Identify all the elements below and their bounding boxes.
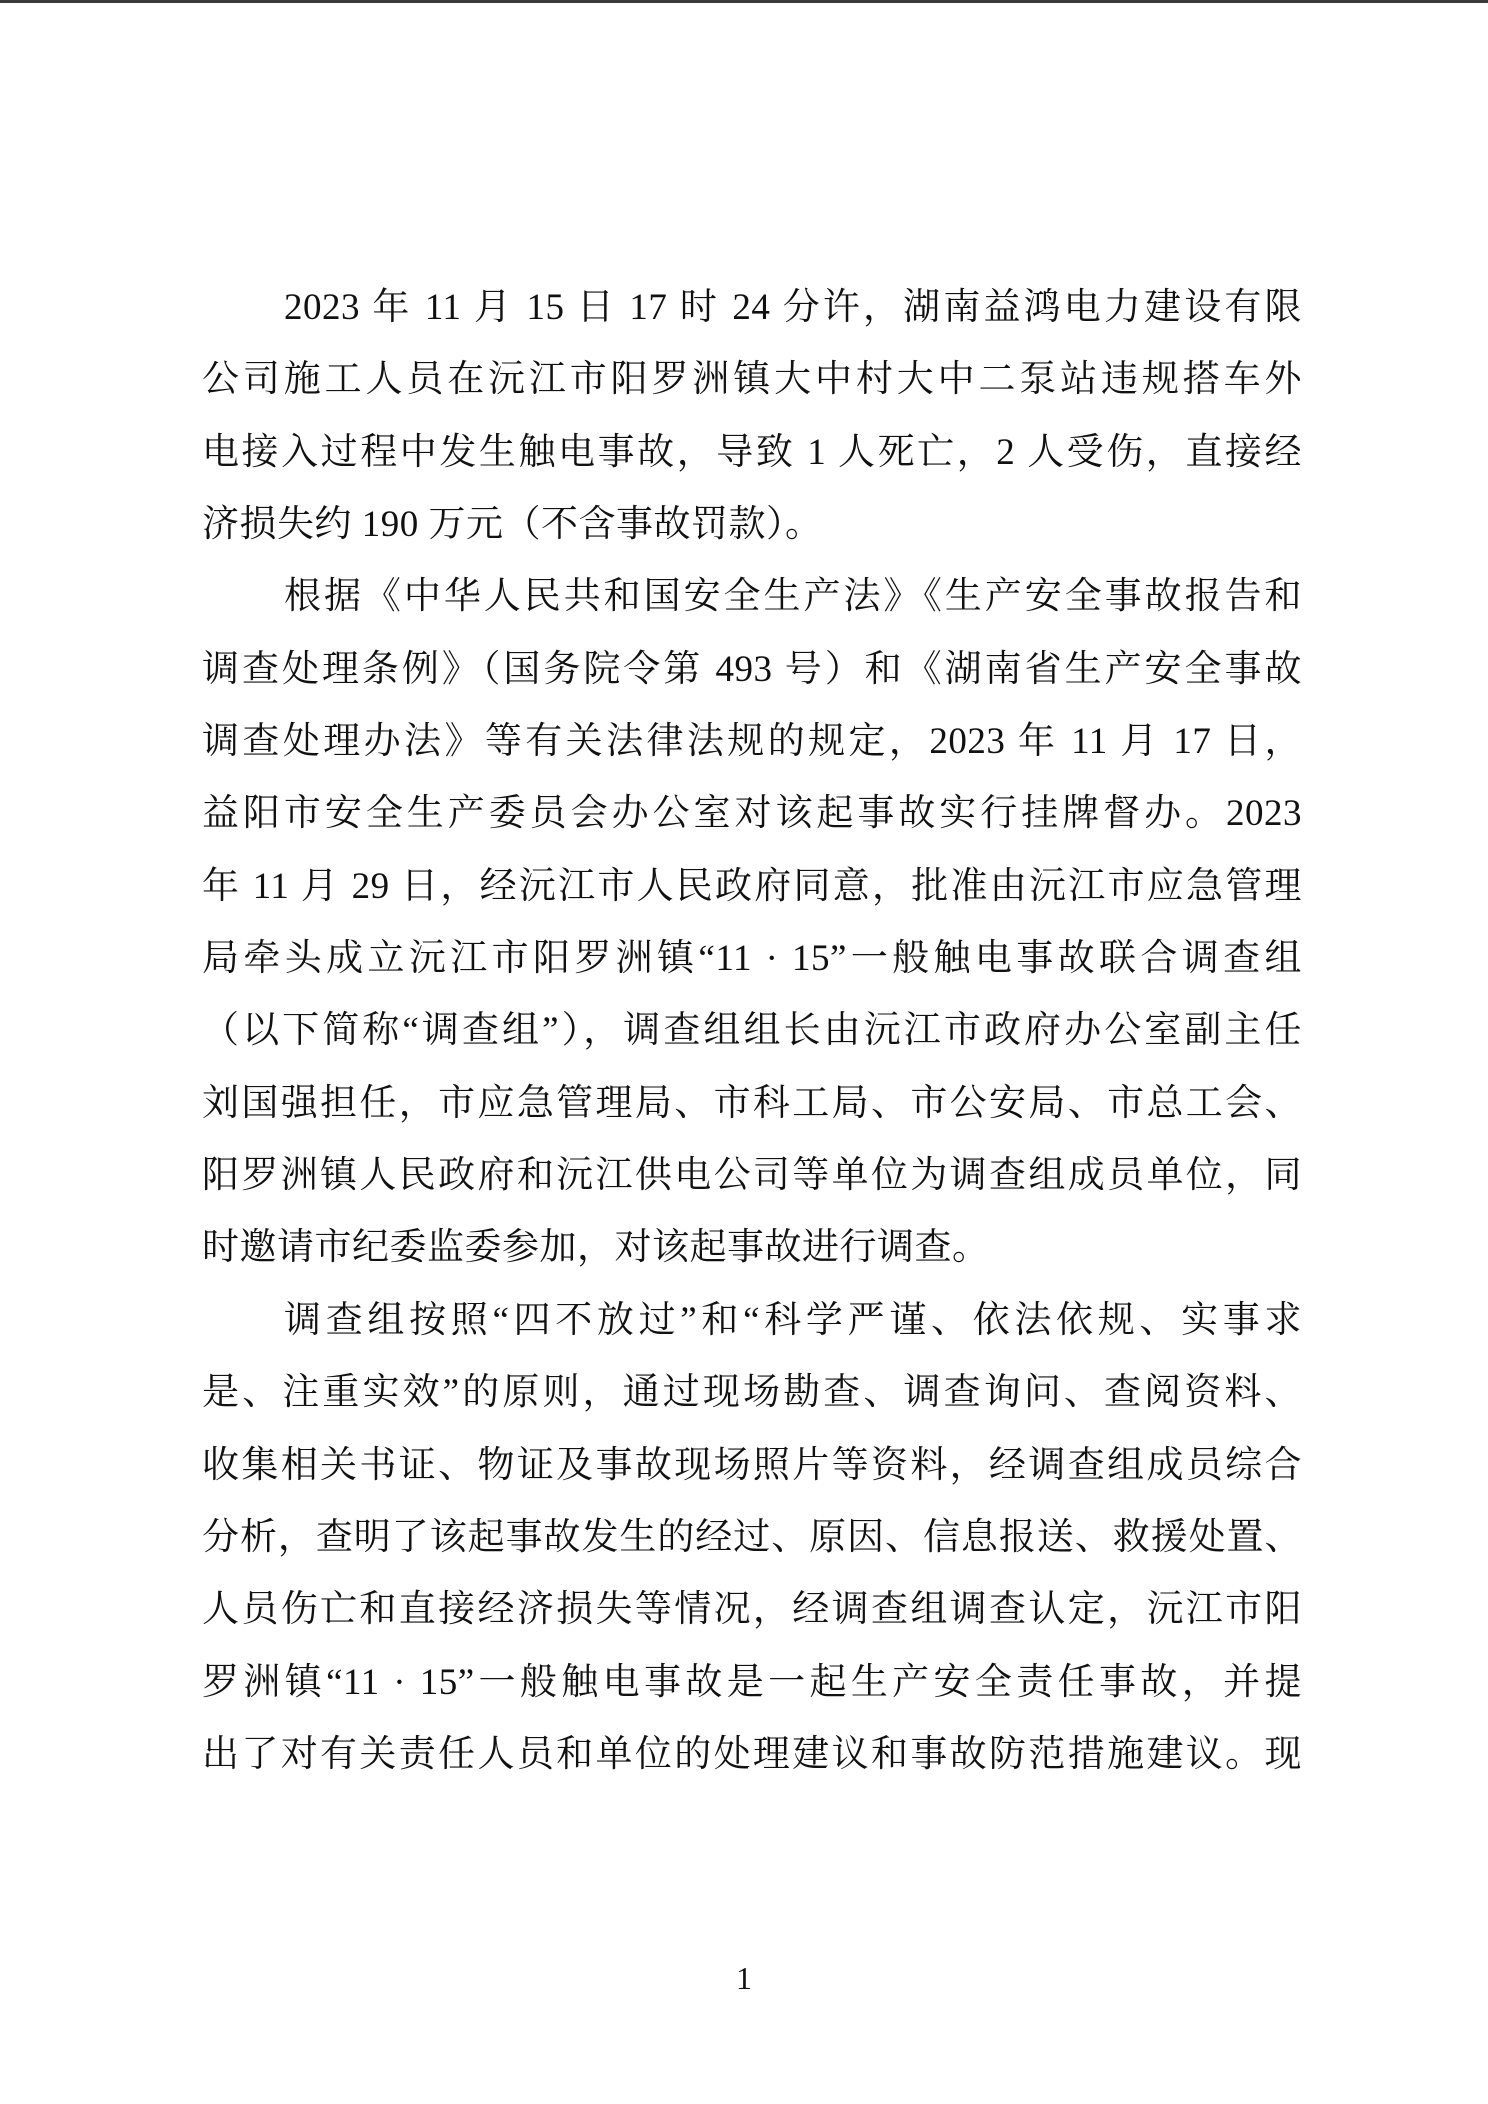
page-top-border — [0, 0, 1488, 3]
text-line: 公司施工人员在沅江市阳罗洲镇大中村大中二泵站违规搭车外 — [202, 354, 1302, 426]
text-line: 济损失约 190 万元（不含事故罚款）。 — [202, 499, 1302, 571]
paragraph-investigation-findings: 调查组按照“四不放过”和“科学严谨、依法依规、实事求 是、注重实效”的原则，通过… — [202, 1295, 1302, 1801]
paragraph-accident-summary: 2023 年 11 月 15 日 17 时 24 分许，湖南益鸿电力建设有限 公… — [202, 282, 1302, 571]
text-line: 刘国强担任，市应急管理局、市科工局、市公安局、市总工会、 — [202, 1078, 1302, 1150]
text-line: 人员伤亡和直接经济损失等情况，经调查组调查认定，沅江市阳 — [202, 1584, 1302, 1656]
page-number: 1 — [0, 1958, 1488, 1998]
text-line: 局牵头成立沅江市阳罗洲镇“11 · 15”一般触电事故联合调查组 — [202, 933, 1302, 1005]
text-line: 电接入过程中发生触电事故，导致 1 人死亡，2 人受伤，直接经 — [202, 427, 1302, 499]
text-line: 调查处理办法》等有关法律法规的规定，2023 年 11 月 17 日， — [202, 716, 1302, 788]
text-line: （以下简称“调查组”），调查组组长由沅江市政府办公室副主任 — [202, 1005, 1302, 1077]
text-line: 收集相关书证、物证及事故现场照片等资料，经调查组成员综合 — [202, 1440, 1302, 1512]
text-line: 年 11 月 29 日，经沅江市人民政府同意，批准由沅江市应急管理 — [202, 861, 1302, 933]
text-line: 根据《中华人民共和国安全生产法》《生产安全事故报告和 — [202, 571, 1302, 643]
paragraph-legal-basis: 根据《中华人民共和国安全生产法》《生产安全事故报告和 调查处理条例》（国务院令第… — [202, 571, 1302, 1294]
text-line: 益阳市安全生产委员会办公室对该起事故实行挂牌督办。2023 — [202, 788, 1302, 860]
text-line: 阳罗洲镇人民政府和沅江供电公司等单位为调查组成员单位，同 — [202, 1150, 1302, 1222]
text-line: 调查组按照“四不放过”和“科学严谨、依法依规、实事求 — [202, 1295, 1302, 1367]
text-line: 时邀请市纪委监委参加，对该起事故进行调查。 — [202, 1222, 1302, 1294]
text-line: 出了对有关责任人员和单位的处理建议和事故防范措施建议。现 — [202, 1729, 1302, 1801]
text-line: 罗洲镇“11 · 15”一般触电事故是一起生产安全责任事故，并提 — [202, 1657, 1302, 1729]
text-line: 是、注重实效”的原则，通过现场勘查、调查询问、查阅资料、 — [202, 1367, 1302, 1439]
text-line: 2023 年 11 月 15 日 17 时 24 分许，湖南益鸿电力建设有限 — [202, 282, 1302, 354]
document-body: 2023 年 11 月 15 日 17 时 24 分许，湖南益鸿电力建设有限 公… — [202, 282, 1302, 1801]
text-line: 分析，查明了该起事故发生的经过、原因、信息报送、救援处置、 — [202, 1512, 1302, 1584]
text-line: 调查处理条例》（国务院令第 493 号）和《湖南省生产安全事故 — [202, 644, 1302, 716]
